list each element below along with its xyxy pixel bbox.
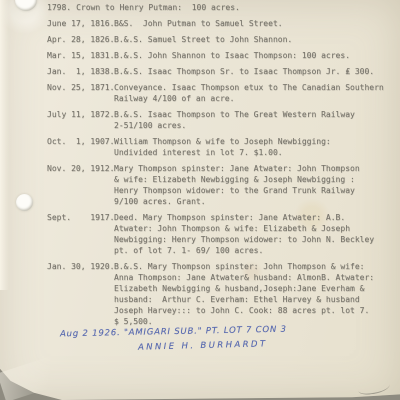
- entry-line: & wife: Elizabeth Newbigging & Joseph Ne…: [114, 174, 360, 185]
- entry-line: B.&.S. Samuel Street to John Shannon.: [114, 34, 292, 45]
- entry-lines: B.&.S. Isaac Thompson to The Great Weste…: [114, 109, 355, 131]
- entry-lines: Crown to Henry Putman: 100 acres.: [76, 2, 240, 13]
- entry-line: B.&.S. John Shannon to Isaac Thompson: 1…: [114, 50, 350, 61]
- ledger-entry: June 17, 1816. B&S. John Putman to Samue…: [47, 18, 397, 29]
- entry-line: Anna Thompson: Jane Atwater& husband: Al…: [114, 272, 374, 283]
- entry-date: Jan. 1, 1838.: [47, 66, 114, 77]
- ledger-entry: Oct. 1, 1907. William Thompson & wife to…: [47, 136, 397, 158]
- entry-lines: B&S. John Putman to Samuel Street.: [114, 18, 283, 29]
- entry-date: Mar. 15, 1831.: [47, 50, 114, 61]
- entry-date: Nov. 25, 1871.: [47, 82, 114, 93]
- entry-date: July 11, 1872.: [47, 109, 114, 120]
- entry-line: pt. of lot 7. 1- 69/ 100 acres.: [114, 245, 374, 256]
- ledger-entry: Jan. 1, 1838. B.&.S. Isaac Thompson Sr. …: [47, 66, 397, 77]
- entry-date: Nov. 20, 1912.: [47, 163, 114, 174]
- entry-lines: B.&.S. Isaac Thompson Sr. to Isaac Thomp…: [114, 66, 374, 77]
- entry-line: Undivided interest in lot 7. $1.00.: [114, 147, 331, 158]
- entry-line: Henry Thompson widower: to the Grand Tru…: [114, 185, 360, 196]
- entry-line: 2-51/100 acres.: [114, 120, 355, 131]
- ledger-entry: Jan. 30, 1920. B.&.S. Mary Thompson spin…: [47, 261, 397, 327]
- entry-lines: B.&.S. Samuel Street to John Shannon.: [114, 34, 292, 45]
- entry-line: Mary Thompson spinster: Jane Atwater: Jo…: [114, 163, 360, 174]
- entry-line: B.&.S. Mary Thompson spinster: John Thom…: [114, 261, 374, 272]
- scanned-page: 1798. Crown to Henry Putman: 100 acres. …: [0, 0, 400, 400]
- entry-line: B.&.S. Isaac Thompson to The Great Weste…: [114, 109, 355, 120]
- entry-line: B&S. John Putman to Samuel Street.: [114, 18, 283, 29]
- entry-date: June 17, 1816.: [47, 18, 114, 29]
- ledger-entry: 1798. Crown to Henry Putman: 100 acres.: [47, 2, 397, 13]
- entry-line: Joseph Harvey::: to John C. Cook: 88 acr…: [114, 305, 374, 316]
- entry-line: Conveyance. Isaac Thompson etux to The C…: [114, 82, 384, 93]
- entry-line: Railway 4/100 of an acre.: [114, 93, 384, 104]
- ledger-entry: Apr. 28, 1826. B.&.S. Samuel Street to J…: [47, 34, 397, 45]
- entry-line: husband: Arthur C. Everham: Ethel Harvey…: [114, 294, 374, 305]
- entry-line: Newbigging: Henry Thompson widower: to J…: [114, 234, 374, 245]
- entry-line: B.&.S. Isaac Thompson Sr. to Isaac Thomp…: [114, 66, 374, 77]
- entry-lines: B.&.S. Mary Thompson spinster: John Thom…: [114, 261, 374, 327]
- entry-lines: Mary Thompson spinster: Jane Atwater: Jo…: [114, 163, 360, 207]
- entry-date: 1798.: [47, 2, 71, 13]
- entry-line: Crown to Henry Putman: 100 acres.: [76, 2, 240, 13]
- ledger-entry: Nov. 20, 1912. Mary Thompson spinster: J…: [47, 163, 397, 207]
- entry-line: 9/100 acres. Grant.: [114, 196, 360, 207]
- entries-list: 1798. Crown to Henry Putman: 100 acres. …: [47, 2, 397, 332]
- entry-line: William Thompson & wife to Joseph Newbig…: [114, 136, 331, 147]
- entry-line: Deed. Mary Thompson spinster: Jane Atwat…: [114, 212, 374, 223]
- entry-line: Elizabeth Newbigging & husband,Joseph:Ja…: [114, 283, 374, 294]
- entry-date: Jan. 30, 1920.: [47, 261, 114, 272]
- entry-date: Sept. 1917.: [47, 212, 114, 223]
- entry-line: Atwater: John Thompson & wife: Elizabeth…: [114, 223, 374, 234]
- entry-date: Apr. 28, 1826.: [47, 34, 114, 45]
- ledger-entry: Sept. 1917. Deed. Mary Thompson spinster…: [47, 212, 397, 256]
- entry-lines: Conveyance. Isaac Thompson etux to The C…: [114, 82, 384, 104]
- entry-lines: B.&.S. John Shannon to Isaac Thompson: 1…: [114, 50, 350, 61]
- punch-hole-middle: [16, 194, 33, 211]
- entry-lines: William Thompson & wife to Joseph Newbig…: [114, 136, 331, 158]
- torn-edge-left: [0, 0, 9, 290]
- entry-lines: Deed. Mary Thompson spinster: Jane Atwat…: [114, 212, 374, 256]
- ledger-entry: July 11, 1872. B.&.S. Isaac Thompson to …: [47, 109, 397, 131]
- ledger-entry: Nov. 25, 1871. Conveyance. Isaac Thompso…: [47, 82, 397, 104]
- entry-date: Oct. 1, 1907.: [47, 136, 114, 147]
- ledger-entry: Mar. 15, 1831. B.&.S. John Shannon to Is…: [47, 50, 397, 61]
